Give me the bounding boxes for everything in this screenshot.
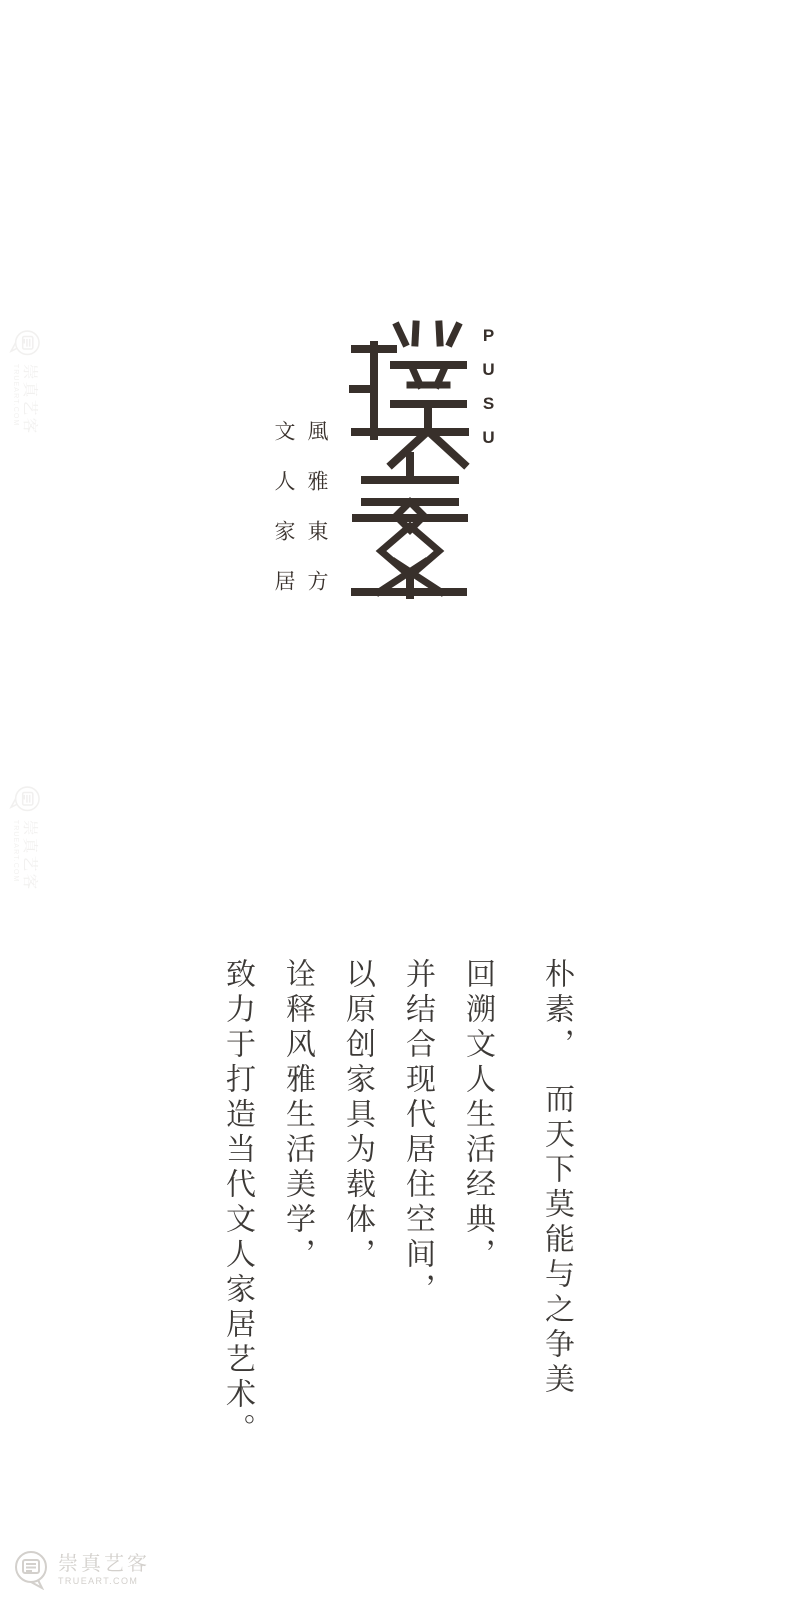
manifesto-column-6: 致力于打造当代文人家居艺术。 (207, 958, 267, 1478)
watermark-bottom: 崇真艺客 TRUEART.COM (14, 1550, 164, 1590)
watermark-text: 崇真艺客 TRUEART.COM (58, 1553, 150, 1587)
speech-bubble-document-icon (14, 1550, 50, 1590)
speech-bubble-document-icon (9, 786, 40, 814)
brand-slogan-columns: 風雅東方 文人家居 (267, 420, 333, 640)
watermark-domain: TRUEART.COM (12, 364, 21, 436)
brand-romanized-pusu: PUSU (478, 326, 498, 462)
watermark-text: 崇真艺客 TRUEART.COM (12, 820, 39, 892)
slogan-column-fengya-dongfang: 風雅東方 (300, 420, 333, 640)
manifesto-column-4: 以原创家具为载体， (327, 958, 387, 1478)
page-canvas: 璞素 PUSU 風雅東方 文人家居 朴素， 而天下莫能与之争美 回溯文人生活经典… (0, 0, 800, 1610)
pu-char-glyph (353, 324, 465, 464)
su-char-glyph (355, 456, 464, 595)
speech-bubble-document-icon (9, 330, 40, 358)
watermark-brand-name: 崇真艺客 (21, 820, 38, 892)
manifesto-column-1: 朴素， 而天下莫能与之争美 (526, 958, 586, 1478)
watermark-left-upper: 崇真艺客 TRUEART.COM (9, 330, 40, 447)
watermark-domain: TRUEART.COM (12, 820, 21, 892)
manifesto-column-2: 回溯文人生活经典， (447, 958, 507, 1478)
manifesto-column-3: 并结合现代居住空间， (387, 958, 447, 1478)
logotype-text: 璞素 (0, 0, 1, 1)
slogan-column-wenren-jiaju: 文人家居 (267, 420, 300, 640)
watermark-left-lower: 崇真艺客 TRUEART.COM (9, 786, 40, 903)
manifesto-column-5: 诠释风雅生活美学， (267, 958, 327, 1478)
manifesto-text-block: 朴素， 而天下莫能与之争美 回溯文人生活经典， 并结合现代居住空间， 以原创家具… (207, 958, 586, 1478)
watermark-brand-name: 崇真艺客 (21, 364, 38, 436)
watermark-brand-name: 崇真艺客 (58, 1553, 150, 1575)
watermark-text: 崇真艺客 TRUEART.COM (12, 364, 39, 436)
watermark-domain: TRUEART.COM (58, 1575, 150, 1587)
pusu-logotype (340, 305, 480, 605)
